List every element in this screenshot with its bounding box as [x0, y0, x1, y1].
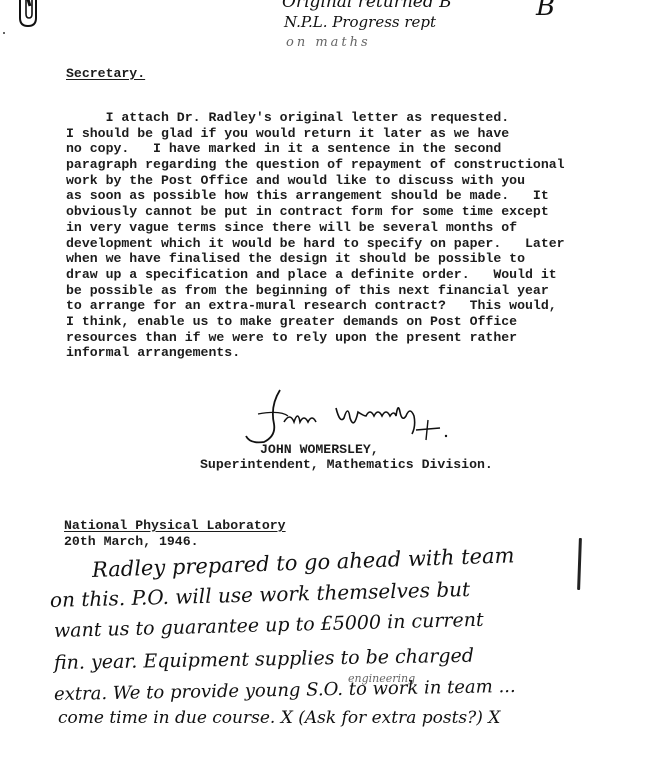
- signatory-title: Superintendent, Mathematics Division.: [200, 457, 493, 473]
- annotation-line-3: on maths: [286, 35, 371, 50]
- body-line: development which it would be hard to sp…: [66, 236, 565, 252]
- organization-name: National Physical Laboratory: [64, 518, 286, 534]
- margin-mark: [577, 538, 582, 590]
- speck: [3, 32, 5, 34]
- handwritten-signature: [240, 386, 460, 446]
- handwritten-note-line-4: fin. year. Equipment supplies to be char…: [54, 645, 474, 674]
- handwritten-note-line-2: on this. P.O. will use work themselves b…: [50, 577, 471, 612]
- annotation-line-1: Original returned B: [282, 0, 452, 12]
- handwritten-note-line-5: extra. We to provide young S.O. to work …: [54, 676, 516, 705]
- body-line: be possible as from the beginning of thi…: [66, 283, 565, 299]
- body-line: as soon as possible how this arrangement…: [66, 188, 565, 204]
- memo-page: Original returned B N.P.L. Progress rept…: [0, 0, 650, 765]
- body-line: when we have finalised the design it sho…: [66, 251, 565, 267]
- body-line: informal arrangements.: [66, 345, 565, 361]
- body-line: I should be glad if you would return it …: [66, 126, 565, 142]
- annotation-initial: B: [536, 0, 555, 22]
- handwritten-note-line-3: want us to guarantee up to £5000 in curr…: [54, 609, 484, 642]
- body-line: paragraph regarding the question of repa…: [66, 157, 565, 173]
- memo-date: 20th March, 1946.: [64, 534, 199, 550]
- paper-clip-icon: [12, 0, 52, 34]
- body-line: work by the Post Office and would like t…: [66, 173, 565, 189]
- body-line: I think, enable us to make greater deman…: [66, 314, 565, 330]
- body-line: in very vague terms since there will be …: [66, 220, 565, 236]
- body-line: obviously cannot be put in contract form…: [66, 204, 565, 220]
- salutation: Secretary.: [66, 66, 145, 82]
- annotation-line-2: N.P.L. Progress rept: [284, 13, 436, 31]
- body-line: to arrange for an extra-mural research c…: [66, 298, 565, 314]
- body-line: resources than if we were to rely upon t…: [66, 330, 565, 346]
- body-line: no copy. I have marked in it a sentence …: [66, 141, 565, 157]
- body-line: draw up a specification and place a defi…: [66, 267, 565, 283]
- memo-body: I attach Dr. Radley's original letter as…: [66, 110, 565, 361]
- handwritten-note-line-6: come time in due course. X (Ask for extr…: [58, 708, 500, 728]
- body-line: I attach Dr. Radley's original letter as…: [66, 110, 565, 126]
- signatory-name: JOHN WOMERSLEY,: [260, 442, 379, 458]
